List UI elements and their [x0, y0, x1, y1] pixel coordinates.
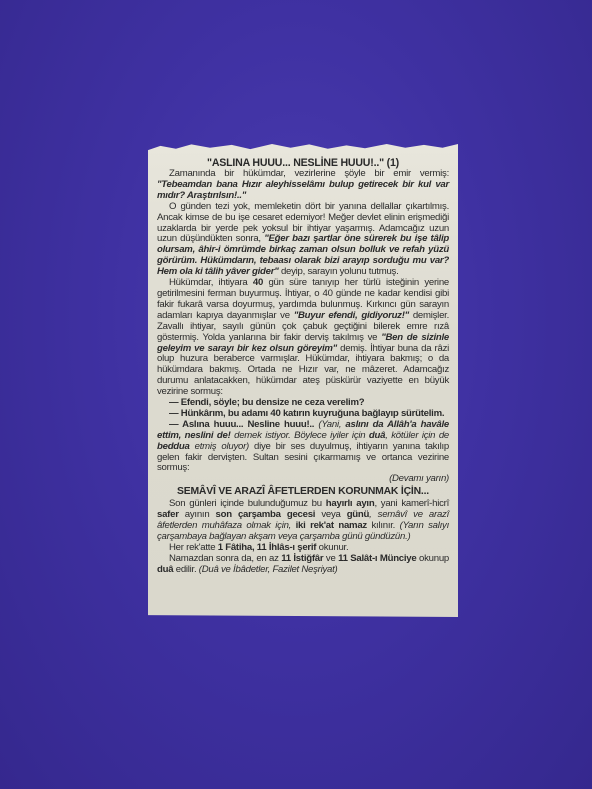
text: ve	[323, 553, 338, 564]
section-title: SEMÂVÎ VE ARAZÎ ÂFETLERDEN KORUNMAK İÇİN…	[157, 486, 449, 498]
article-paragraph-2: O günden tezi yok, memleketin dört bir y…	[157, 202, 449, 278]
text: okunur.	[316, 542, 348, 553]
bold-text: — Aslına huuu... Nesline huuu!..	[169, 419, 314, 430]
bold-text: 40	[253, 277, 263, 288]
text: okunup	[416, 553, 449, 564]
bold-text: hayırlı ayın	[326, 498, 375, 509]
text: Son günleri içinde bulunduğumuz bu	[169, 498, 326, 509]
dialog-line-3: — Aslına huuu... Nesline huuu!.. (Yani, …	[157, 420, 449, 475]
text: Her rek'atte	[169, 542, 218, 553]
text: veya	[315, 509, 346, 520]
bold-text: 11 Salât-ı Münciye	[338, 553, 416, 564]
bold-text: duâ	[157, 564, 173, 575]
continued-note: (Devamı yarın)	[157, 474, 449, 485]
text: Hükümdar, ihtiyara	[169, 277, 253, 288]
italic-text: demek istiyor. Böylece iyiler için	[231, 430, 369, 441]
text: deyip, sarayın yolunu tutmuş.	[279, 266, 399, 277]
article-paragraph-3: Hükümdar, ihtiyara 40 gün süre tanıyıp h…	[157, 278, 449, 398]
quote: "Buyur efendi, gidiyoruz!"	[294, 310, 409, 321]
text: ayının	[179, 509, 216, 520]
quote: "Tebeamdan bana Hızır aleyhisselâmı bulu…	[157, 179, 449, 201]
source-citation: (Duâ ve İbâdetler, Fazilet Neşriyat)	[199, 564, 338, 575]
italic-text: etmiş oluyor)	[190, 441, 249, 452]
bold-text: son çarşamba gecesi	[216, 509, 316, 520]
newspaper-clipping: "ASLINA HUUU... NESLİNE HUUU!.." (1) Zam…	[148, 143, 458, 617]
section-paragraph-3: Namazdan sonra da, en az 11 İstiğfâr ve …	[157, 554, 449, 576]
text: kılınır.	[367, 520, 400, 531]
italic-text: , kötüler için de	[385, 430, 449, 441]
bold-text: duâ	[369, 430, 385, 441]
text: , yani kamerî-hicrî	[374, 498, 449, 509]
section-paragraph-1: Son günleri içinde bulunduğumuz bu hayır…	[157, 499, 449, 543]
bold-text: günü	[347, 509, 369, 520]
italic-text: (Yani,	[314, 419, 345, 430]
bold-text: iki rek'at namaz	[296, 520, 367, 531]
article-paragraph-1: Zamanında bir hükümdar, vezirlerine şöyl…	[157, 169, 449, 202]
text: Namazdan sonra da, en az	[169, 553, 281, 564]
bold-text: 11 İstiğfâr	[281, 553, 323, 564]
bold-text: beddua	[157, 441, 190, 452]
text: edilir.	[173, 564, 198, 575]
text: Zamanında bir hükümdar, vezirlerine şöyl…	[169, 168, 449, 179]
bold-text: 1 Fâtiha, 11 İhlâs-ı şerif	[218, 542, 317, 553]
bold-text: safer	[157, 509, 179, 520]
